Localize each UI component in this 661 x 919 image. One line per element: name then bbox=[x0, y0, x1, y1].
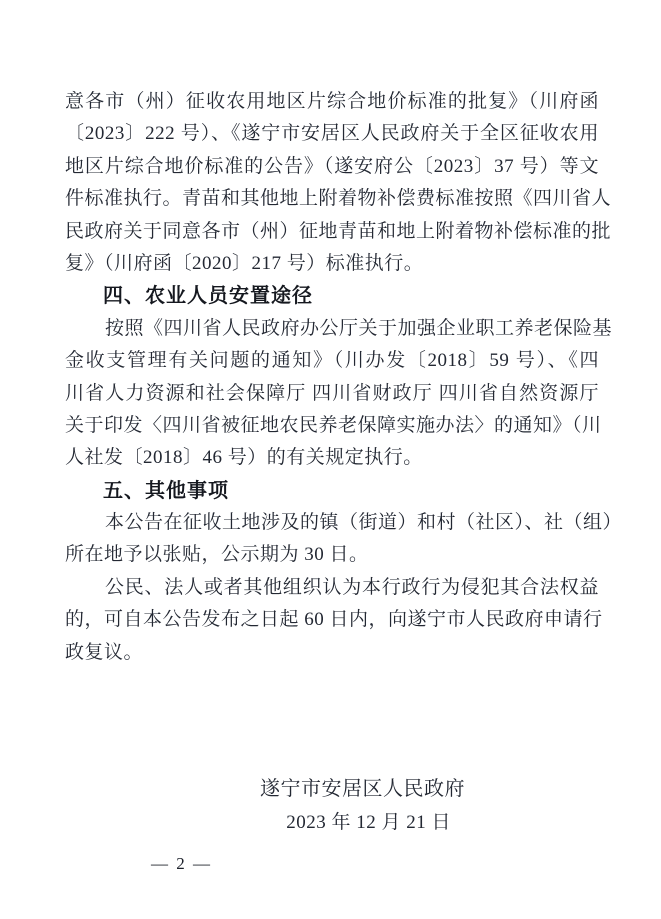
body-line: 复》（川府函〔2020〕217 号）标准执行。 bbox=[65, 248, 599, 280]
signature-organization: 遂宁市安居区人民政府 bbox=[65, 773, 599, 806]
body-line: 的，可自本公告发布之日起 60 日内，向遂宁市人民政府申请行 bbox=[65, 604, 599, 636]
page-number: — 2 — bbox=[151, 854, 599, 874]
body-line: 金收支管理有关问题的通知》（川办发〔2018〕59 号）、《四 bbox=[65, 345, 599, 377]
signature-date: 2023 年 12 月 21 日 bbox=[65, 806, 599, 839]
signature-block: 遂宁市安居区人民政府 2023 年 12 月 21 日 bbox=[65, 773, 599, 839]
body-line: 本公告在征收土地涉及的镇（街道）和村（社区）、社（组） bbox=[65, 507, 599, 539]
document-body: 意各市（州）征收农用地区片综合地价标准的批复》（川府函 〔2023〕222 号）… bbox=[0, 0, 661, 874]
document-page: 意各市（州）征收农用地区片综合地价标准的批复》（川府函 〔2023〕222 号）… bbox=[0, 0, 661, 919]
body-line: 地区片综合地价标准的公告》（遂安府公〔2023〕37 号）等文 bbox=[65, 151, 599, 183]
body-line: 人社发〔2018〕46 号）的有关规定执行。 bbox=[65, 442, 599, 474]
section-heading-5: 五、其他事项 bbox=[65, 475, 599, 507]
body-line: 川省人力资源和社会保障厅 四川省财政厅 四川省自然资源厅 bbox=[65, 378, 599, 410]
body-line: 所在地予以张贴，公示期为 30 日。 bbox=[65, 539, 599, 571]
body-line: 按照《四川省人民政府办公厅关于加强企业职工养老保险基 bbox=[65, 313, 599, 345]
body-line: 政复议。 bbox=[65, 637, 599, 669]
page-footer: — 2 — bbox=[65, 854, 599, 874]
section-heading-4: 四、农业人员安置途径 bbox=[65, 280, 599, 312]
body-line: 件标准执行。青苗和其他地上附着物补偿费标准按照《四川省人 bbox=[65, 183, 599, 215]
body-line: 〔2023〕222 号）、《遂宁市安居区人民政府关于全区征收农用 bbox=[65, 118, 599, 150]
body-line: 公民、法人或者其他组织认为本行政行为侵犯其合法权益 bbox=[65, 572, 599, 604]
body-line: 关于印发〈四川省被征地农民养老保障实施办法〉的通知》（川 bbox=[65, 410, 599, 442]
body-line: 意各市（州）征收农用地区片综合地价标准的批复》（川府函 bbox=[65, 86, 599, 118]
body-line: 民政府关于同意各市（州）征地青苗和地上附着物补偿标准的批 bbox=[65, 216, 599, 248]
